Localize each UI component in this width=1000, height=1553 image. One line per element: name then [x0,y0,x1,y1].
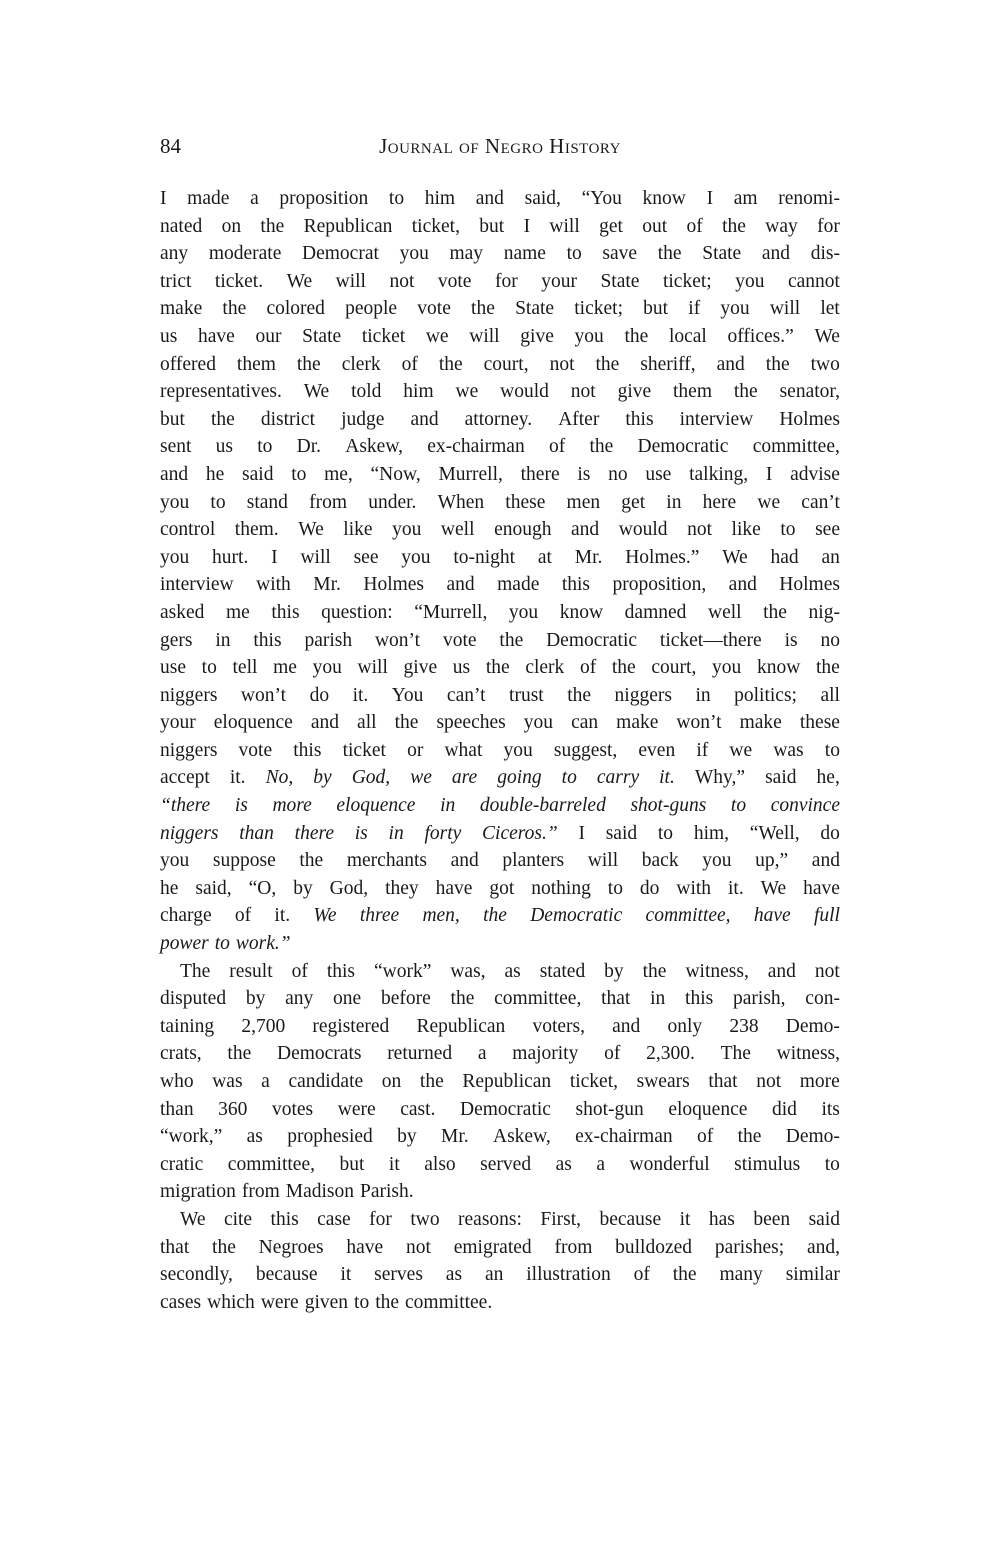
word: and [812,847,840,875]
word: you [160,489,189,517]
word: 2,300. [646,1040,695,1068]
word: this [271,1206,299,1234]
word: this [562,571,590,599]
word: like [343,516,372,544]
word: parish, [733,985,786,1013]
word: shot-gun [576,1096,644,1124]
text-line: niggersvotethisticketorwhatyousuggest,ev… [160,737,840,765]
word: will [549,213,579,241]
word: to [780,516,795,544]
word: Mr. [313,571,341,599]
italic-word: the [483,902,507,930]
word: eloquence [668,1096,747,1124]
word: he, [817,764,840,792]
word: even [638,737,675,765]
word: we [729,737,752,765]
word: attorney. [465,406,533,434]
word: niggers [160,737,217,765]
word: we [426,323,449,351]
word: The [721,1040,751,1068]
italic-word: it. [659,764,675,792]
word: had [770,544,798,572]
word: Parish. [360,1178,414,1206]
word: one [333,985,361,1013]
italic-word: Ciceros.” [482,820,558,848]
word: niggers [160,682,217,710]
word: but [643,295,668,323]
text-line: taining2,700registeredRepublicanvoters,a… [160,1013,840,1041]
word: it [680,1206,691,1234]
word: talking, [689,461,748,489]
word: Demo- [786,1123,840,1151]
word: emigrated [454,1234,532,1262]
word: this [253,627,281,655]
word: not [815,958,840,986]
text-line: gersinthisparishwon’tvotetheDemocraticti… [160,627,840,655]
word: there [521,461,560,489]
word: stimulus [734,1151,800,1179]
italic-word: work.” [236,930,291,958]
text-line: caseswhichweregiventothecommittee. [160,1289,840,1317]
word: planters [502,847,564,875]
word: them [673,378,712,406]
word: this [625,406,653,434]
word: him, [694,820,729,848]
word: ex-chairman [575,1123,672,1151]
text-line: migrationfromMadisonParish. [160,1178,840,1206]
text-line: butthedistrictjudgeandattorney.Afterthis… [160,406,840,434]
word: our [256,323,282,351]
word: the [624,323,648,351]
word: similar [786,1261,840,1289]
word: we [757,489,780,517]
word: the [763,599,787,627]
italic-word: than [239,820,274,848]
text-line: disputedbyanyonebeforethecommittee,thati… [160,985,840,1013]
word: it. [274,902,290,930]
word: clerk [525,654,564,682]
word: by [246,985,266,1013]
word: any [160,240,188,268]
text-line: yousupposethemerchantsandplanterswillbac… [160,847,840,875]
word: of [580,654,596,682]
word: back [642,847,679,875]
word: the [260,213,284,241]
italic-word: going [497,764,541,792]
word: its [821,1096,839,1124]
word: it [340,1261,351,1289]
word: asked [160,599,204,627]
word: not [571,378,596,406]
word: representatives. [160,378,282,406]
word: Demo- [786,1013,840,1041]
word: charge [160,902,212,930]
word: Holmes.” [625,544,699,572]
word: these [505,489,545,517]
word: any [285,985,313,1013]
word: local [669,323,707,351]
word: it. [230,764,246,792]
text-line: offeredthemtheclerkofthecourt,notthesher… [160,351,840,379]
italic-word: We [313,902,336,930]
word: give [520,323,554,351]
word: the [222,295,246,323]
word: speeches [436,709,505,737]
word: have [346,1234,383,1262]
word: Murrell, [438,461,502,489]
word: won’t [375,627,420,655]
word: as [446,1261,462,1289]
journal-title: Journal of Negro History [160,131,840,161]
text-line: powertowork.” [160,930,840,958]
word: and [762,240,790,268]
word: you [575,323,604,351]
word: “Well, [750,820,800,848]
word: the [595,351,619,379]
word: secondly, [160,1261,233,1289]
word: this [271,599,299,627]
word: the [420,1068,444,1096]
word: I [160,185,167,213]
word: told [351,378,381,406]
italic-word: there [295,820,334,848]
word: Republican [416,1013,505,1041]
word: of [549,433,565,461]
word: Askew, [493,1123,551,1151]
text-line: Imadeapropositiontohimandsaid,“YouknowIa… [160,185,840,213]
word: Madison [286,1178,354,1206]
word: We [722,544,748,572]
word: was [212,1068,242,1096]
word: from [242,1178,280,1206]
word: do [640,875,660,903]
word: what [444,737,482,765]
word: disputed [160,985,226,1013]
word: were [261,1289,299,1317]
word: will [358,654,388,682]
word: “O, [249,875,277,903]
word: by [293,875,313,903]
word: by [397,1123,417,1151]
word: would [500,378,549,406]
word: State [302,323,341,351]
word: which [207,1289,255,1317]
word: result [229,958,272,986]
word: them. [235,516,279,544]
word: 2,700 [241,1013,285,1041]
text-line: askedmethisquestion:“Murrell,youknowdamn… [160,599,840,627]
word: make [160,295,202,323]
word: to [354,1289,369,1317]
word: ticket [343,737,386,765]
word: con- [805,985,840,1013]
word: said, [195,875,231,903]
word: not [687,516,712,544]
word: said [765,764,796,792]
word: as [247,1123,263,1151]
italic-word: “there [160,792,210,820]
word: by [604,958,624,986]
word: voters, [532,1013,585,1041]
word: said [242,461,273,489]
word: you [160,847,189,875]
word: you [702,847,731,875]
word: got [489,875,514,903]
text-line: niggerswon’tdoit.Youcan’ttrusttheniggers… [160,682,840,710]
word: I [766,461,773,489]
word: committee, [753,433,840,461]
word: served [480,1151,531,1179]
word: “Now, [371,461,421,489]
word: cases [160,1289,201,1317]
italic-word: by [313,764,331,792]
word: nated [160,213,202,241]
word: hurt. [212,544,248,572]
word: if [688,295,700,323]
word: suppose [213,847,276,875]
word: Mr. [575,544,603,572]
word: of [292,958,308,986]
word: than [160,1096,194,1124]
word: State [515,295,554,323]
word: at [538,544,552,572]
word: sent [160,433,191,461]
word: the [738,1123,762,1151]
text-line: crats,theDemocratsreturnedamajorityof2,3… [160,1040,840,1068]
word: the [643,958,667,986]
text-line: “thereismoreeloquenceindouble-barreledsh… [160,792,840,820]
word: men [567,489,601,517]
word: do [310,682,330,710]
word: get [621,489,645,517]
word: the [567,682,591,710]
text-line: natedontheRepublicanticket,butIwillgetou… [160,213,840,241]
word: the [471,295,495,323]
word: will [300,544,330,572]
text-line: thattheNegroeshavenotemigratedfrombulldo… [160,1234,840,1262]
word: vote [239,737,273,765]
word: with [676,875,711,903]
word: committee. [405,1289,492,1317]
word: he [160,875,178,903]
word: or [407,737,423,765]
word: here [703,489,737,517]
italic-word: have [754,902,791,930]
word: see [815,516,840,544]
word: returned [387,1040,452,1068]
word: and [447,571,475,599]
text-line: than360voteswerecast.Democraticshot-gune… [160,1096,840,1124]
word: on [222,213,242,241]
italic-word: eloquence [336,792,415,820]
word: him [403,378,433,406]
word: name [504,240,546,268]
word: to [825,1151,840,1179]
word: would [619,516,668,544]
word: Democratic [546,627,637,655]
word: way [765,213,798,241]
word: colored [266,295,324,323]
word: senator, [780,378,840,406]
word: of [687,213,703,241]
word: that [708,1068,737,1096]
word: Why,” [695,764,745,792]
word: “work,” [160,1123,222,1151]
word: let [820,295,840,323]
word: parishes; [715,1234,784,1262]
word: dis- [811,240,840,268]
italic-word: three [360,902,399,930]
document-page: 84 Journal of Negro History Imadeapropos… [0,0,1000,1553]
word: enough [494,516,551,544]
word: Democratic [638,433,729,461]
word: control [160,516,215,544]
word: out [642,213,667,241]
word: Republican [462,1068,551,1096]
word: vote [438,268,472,296]
text-line: anymoderateDemocratyoumaynametosavetheSt… [160,240,840,268]
word: it. [353,682,369,710]
word: the [297,351,321,379]
word: not [756,1068,781,1096]
word: 360 [218,1096,247,1124]
word: was [773,737,803,765]
word: Democrats [277,1040,361,1068]
word: no [608,461,628,489]
word: of [604,1040,620,1068]
word: have [436,875,473,903]
word: to-night [453,544,515,572]
text-line: trictticket.WewillnotvoteforyourStatetic… [160,268,840,296]
word: but [339,1151,364,1179]
word: these [800,709,840,737]
word: “You [582,185,622,213]
text-line: representatives.Wetoldhimwewouldnotgivet… [160,378,840,406]
paragraph: Wecitethiscasefortworeasons:First,becaus… [160,1206,840,1316]
word: for [495,268,518,296]
word: ticket; [663,268,712,296]
word: you [392,516,421,544]
word: know [757,654,800,682]
word: you [509,599,538,627]
word: and [729,571,757,599]
word: accept [160,764,210,792]
word: Mr. [441,1123,469,1151]
word: us [160,323,177,351]
word: and [451,847,479,875]
word: made [187,185,229,213]
italic-word: is [235,792,248,820]
word: you [313,654,342,682]
word: the [734,378,758,406]
word: him [425,185,455,213]
italic-word: to [215,930,230,958]
word: The [180,958,210,986]
word: may [449,240,483,268]
italic-word: in [440,792,455,820]
word: the [375,1289,399,1317]
word: moderate [209,240,282,268]
word: two [410,1206,439,1234]
word: know [643,185,686,213]
word: We [761,875,787,903]
word: an [821,544,839,572]
text-line: controlthem.Welikeyouwellenoughandwouldn… [160,516,840,544]
word: Holmes [363,571,424,599]
word: save [602,240,637,268]
word: you [524,709,553,737]
italic-word: forty [424,820,461,848]
word: Negroes [259,1234,324,1262]
word: We [298,516,324,544]
word: you [400,240,429,268]
word: Holmes [779,406,840,434]
word: After [558,406,599,434]
word: us [216,433,233,461]
word: before [381,985,431,1013]
word: I [707,185,714,213]
text-line: niggersthanthereisinfortyCiceros.”Isaidt… [160,820,840,848]
word: the [451,985,475,1013]
word: to [291,461,306,489]
word: give [618,378,652,406]
word: you [401,544,430,572]
word: to [567,240,582,268]
word: no [820,627,840,655]
word: merchants [347,847,427,875]
word: and [717,351,745,379]
word: on [382,1068,402,1096]
word: the [673,1261,697,1289]
word: question: [321,599,393,627]
italic-word: Democratic [530,902,622,930]
word: proposition, [612,571,706,599]
word: will [770,295,800,323]
word: not [389,268,414,296]
word: more [800,1068,840,1096]
word: sheriff, [640,351,695,379]
word: said [606,820,637,848]
word: get [599,213,623,241]
word: offices.” [728,323,794,351]
word: judge [341,406,384,434]
word: of [634,1261,650,1289]
italic-word: carry [597,764,639,792]
word: reasons: [458,1206,522,1234]
word: offered [160,351,216,379]
text-line: Theresultofthis“work”was,asstatedbythewi… [160,958,840,986]
word: crats, [160,1040,202,1068]
word: do [820,820,840,848]
word: illustration [526,1261,611,1289]
word: will [588,847,618,875]
word: as [556,1151,572,1179]
word: eloquence [214,709,293,737]
word: the [589,433,613,461]
word: will [469,323,499,351]
word: the [227,1040,251,1068]
word: cratic [160,1151,203,1179]
word: has [709,1206,735,1234]
text-line: secondly,becauseitservesasanillustration… [160,1261,840,1289]
word: you [504,737,533,765]
word: and [612,1013,640,1041]
word: ticket, [412,213,460,241]
word: Democrat [302,240,379,268]
word: but [479,213,504,241]
word: two [811,351,840,379]
word: “work” [374,958,431,986]
